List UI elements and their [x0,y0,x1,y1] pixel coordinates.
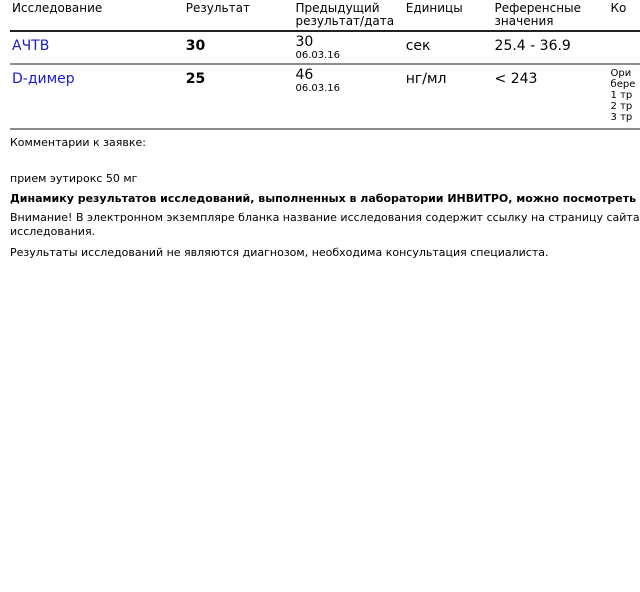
test-link-aptt[interactable]: АЧТВ [12,38,49,54]
cell-test: АЧТВ [10,31,184,64]
cell-test: D-димер [10,64,184,129]
comment-line: 3 тр [611,112,640,123]
comment-line: Ори [611,68,640,79]
header-previous-line2: результат/дата [295,15,401,28]
test-link-d-dimer[interactable]: D-димер [12,71,75,87]
cell-result: 25 [184,64,294,129]
header-test: Исследование [10,0,184,31]
previous-value: 30 [295,35,401,50]
comment-line: бере [611,79,640,90]
header-units: Единицы [404,0,493,31]
units-value: сек [406,38,431,54]
reference-value: < 243 [495,71,538,87]
cell-comment [609,31,640,64]
previous-date: 06.03.16 [295,50,401,62]
result-value: 25 [186,71,205,87]
comment-text: прием эутирокс 50 мг [10,172,137,185]
cell-units: нг/мл [404,64,493,129]
comments-label: Комментарии к заявке: [10,136,146,149]
cell-result: 30 [184,31,294,64]
comment-lines: Ори бере 1 тр 2 тр 3 тр [611,68,640,123]
cell-reference: < 243 [493,64,609,129]
cell-previous: 30 06.03.16 [293,31,403,64]
comment-line: 2 тр [611,101,640,112]
header-result: Результат [184,0,294,31]
disclaimer: Результаты исследований не являются диаг… [10,246,549,259]
attention-note: Внимание! В электронном экземпляре бланк… [10,211,640,239]
dynamics-note: Динамику результатов исследований, выпол… [10,192,640,205]
table-row: АЧТВ 30 30 06.03.16 сек 25.4 - 36.9 [10,31,640,64]
table-row: D-димер 25 46 06.03.16 нг/мл < 243 Ори б… [10,64,640,129]
header-reference: Референсные значения [493,0,609,31]
reference-value: 25.4 - 36.9 [495,38,571,54]
units-value: нг/мл [406,71,447,87]
cell-units: сек [404,31,493,64]
header-reference-line2: значения [495,15,607,28]
cell-previous: 46 06.03.16 [293,64,403,129]
previous-value: 46 [295,68,401,83]
header-comment: Ко [609,0,640,31]
table-header: Исследование Результат Предыдущий резуль… [10,0,640,31]
cell-comment: Ори бере 1 тр 2 тр 3 тр [609,64,640,129]
attention-continuation: исследования. [10,225,95,238]
attention-text: Внимание! В электронном экземпляре бланк… [10,211,640,224]
previous-date: 06.03.16 [295,83,401,95]
cell-reference: 25.4 - 36.9 [493,31,609,64]
header-previous: Предыдущий результат/дата [293,0,403,31]
results-table: Исследование Результат Предыдущий резуль… [10,0,640,130]
result-value: 30 [186,38,205,54]
comment-line: 1 тр [611,90,640,101]
